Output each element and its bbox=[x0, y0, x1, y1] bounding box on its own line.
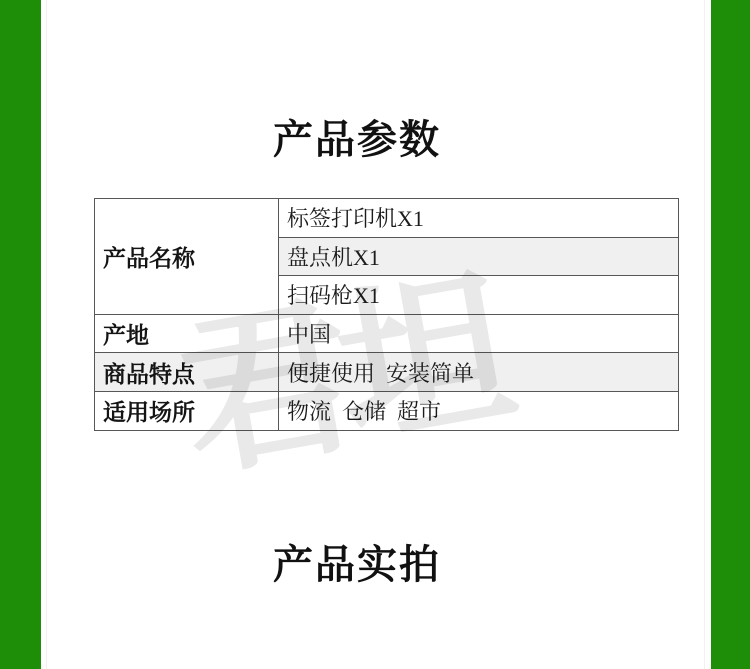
table-row: 产品名称 标签打印机X1 bbox=[95, 199, 679, 238]
table-row: 适用场所 物流 仓储 超市 bbox=[95, 391, 679, 430]
label-cell-product-name: 产品名称 bbox=[95, 199, 279, 315]
value-cell-product-name-2: 盘点机X1 bbox=[279, 237, 679, 276]
right-green-bar bbox=[711, 0, 750, 669]
value-cell-origin: 中国 bbox=[279, 314, 679, 353]
value-cell-use-places: 物流 仓储 超市 bbox=[279, 391, 679, 430]
label-cell-features: 商品特点 bbox=[95, 353, 279, 392]
label-cell-use-places: 适用场所 bbox=[95, 391, 279, 430]
product-spec-table: 产品名称 标签打印机X1 盘点机X1 扫码枪X1 产地 中国 商品特点 便捷使用… bbox=[94, 198, 679, 431]
section-title-product-params: 产品参数 bbox=[0, 108, 714, 165]
value-cell-product-name-3: 扫码枪X1 bbox=[279, 276, 679, 315]
table-row: 商品特点 便捷使用 安装简单 bbox=[95, 353, 679, 392]
value-cell-features: 便捷使用 安装简单 bbox=[279, 353, 679, 392]
label-cell-origin: 产地 bbox=[95, 314, 279, 353]
value-cell-product-name-1: 标签打印机X1 bbox=[279, 199, 679, 238]
section-title-product-photos: 产品实拍 bbox=[0, 533, 714, 590]
table-row: 产地 中国 bbox=[95, 314, 679, 353]
